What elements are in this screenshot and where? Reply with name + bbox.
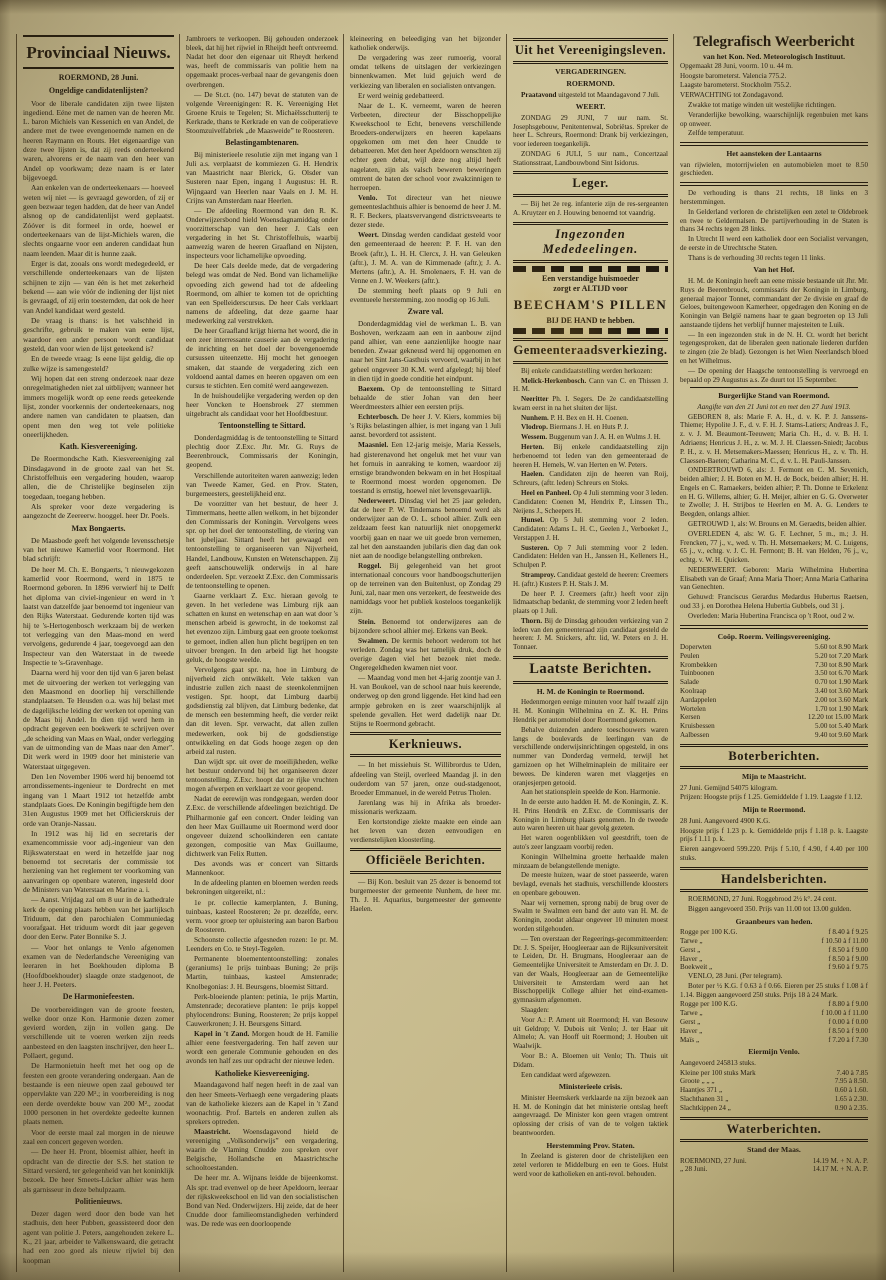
- article-paragraph: — Ten overstaan der Regeerings-gecommitt…: [513, 935, 668, 1005]
- market-cell: Tarwe „: [680, 1009, 703, 1018]
- article-heading: Max Bongaerts.: [23, 524, 174, 534]
- market-row: Kersen12.20 tot 15.00 Mark: [680, 713, 868, 722]
- market-cell: f 8.50 à f 9.00: [828, 1027, 868, 1036]
- article-paragraph: De vergadering was zeer rumoerig, vooral…: [350, 53, 501, 89]
- article-paragraph: Biggen aangevoerd 350. Prijs van 11.00 t…: [680, 905, 868, 914]
- market-row: Aardappelen2.00 tot 3.60 Mark: [680, 696, 868, 705]
- market-cell: f 9.60 à f 9.75: [828, 963, 868, 972]
- lead-word: Venlo.: [358, 193, 377, 202]
- article-paragraph: Aangifte van den 21 Juni tot en met den …: [680, 403, 868, 412]
- paragraph-text: Dinsdag viel het 25 jaar geleden, dat de…: [350, 496, 501, 560]
- market-row: Rogge per 100 K.G.f 8.80 à f 9.00: [680, 1000, 868, 1009]
- lead-word: Roggel.: [358, 561, 381, 570]
- article-paragraph: Haelen. Candidaten zijn de heeren van Ro…: [513, 470, 668, 488]
- market-cell: f 0.00 à f 0.00: [828, 1018, 868, 1027]
- article-paragraph: Aan enkelen van de onderteekenaars — hoe…: [23, 183, 174, 258]
- article-paragraph: Praatavond uitgesteld tot Maandagavond 7…: [513, 91, 668, 100]
- market-row: Rogge per 100 K.G.f 8.40 à f 9.25: [680, 928, 868, 937]
- article-paragraph: 1e pr. collectie kamerplanten, J. Buning…: [186, 898, 338, 934]
- article-paragraph: De verhouding is thans 21 rechts, 18 lin…: [680, 189, 868, 207]
- market-cell: Aardappelen: [680, 696, 716, 705]
- advert-border-ornament: [513, 328, 668, 334]
- article-paragraph: ONDERTROUWD 6, als: J. Fermont en C. M. …: [680, 466, 868, 519]
- section-header: Leger.: [513, 171, 668, 197]
- article-heading: De Harmoniefeesten.: [23, 992, 174, 1002]
- divider-double-rule: [680, 142, 868, 146]
- market-cell: 5.60 tot 8.90 Mark: [815, 643, 868, 652]
- article-heading: H. M. de Koningin te Roermond.: [513, 687, 668, 697]
- article-paragraph: VERWACHTING tot Zondagavond.: [680, 91, 868, 100]
- paragraph-text: P. H. Bex en H. H. Coenen.: [549, 414, 629, 422]
- lead-word: Kapel in 't Zand.: [194, 1029, 249, 1038]
- article-paragraph: In Zeeland is gisteren door de christeli…: [513, 1152, 668, 1178]
- lead-word: Echterbosch.: [358, 412, 399, 421]
- article-heading: Graanbeurs van heden.: [680, 917, 868, 927]
- article-paragraph: Koningin Wilhelmina groette herhaalde ma…: [513, 853, 668, 871]
- lead-word: Vlodrop.: [521, 423, 548, 431]
- divider-double-rule: [680, 182, 868, 186]
- market-cell: 12.20 tot 15.00 Mark: [808, 713, 868, 722]
- article-heading: WEERT.: [513, 102, 668, 112]
- article-paragraph: — In een ingezonden stuk in de N. H. Ct.…: [680, 331, 868, 366]
- market-cell: Rogge per 100 K.G.: [680, 928, 737, 937]
- article-heading: Belastingambtenaren.: [186, 138, 338, 148]
- article-paragraph: Overleden: Maria Hubertina Francisca op …: [680, 612, 868, 621]
- article-paragraph: De heer M. Ch. E. Bongaerts, 't nieuwgek…: [23, 565, 174, 668]
- market-cell: f 10.00 à f 11.00: [821, 1009, 868, 1018]
- article-paragraph: Echterbosch. De heer J. V. Kiers, kommie…: [350, 412, 501, 439]
- paragraph-text: Biermans J. H. en Huts P. J.: [548, 423, 629, 431]
- market-row: Gerst „f 0.00 à f 0.00: [680, 1018, 868, 1027]
- article-paragraph: Als spreker voor deze vergadering is aan…: [23, 502, 174, 521]
- article-heading: Herstemming Prov. Staten.: [513, 1141, 668, 1151]
- article-paragraph: — In het missiehuis St. Willibrordus te …: [350, 760, 501, 796]
- article-paragraph: ZONDAG 29 JUNI, 7 uur nam. St. Josephsge…: [513, 114, 668, 149]
- article-paragraph: Vlodrop. Biermans J. H. en Huts P. J.: [513, 423, 668, 432]
- article-paragraph: Heel en Panheel. Op 4 Juli stemming voor…: [513, 489, 668, 515]
- paragraph-text: Buggenum van J. A. H. en Wulms J. H.: [547, 433, 660, 441]
- article-paragraph: Laagste barometerst. Stockholm 755.2.: [680, 81, 868, 90]
- article-paragraph: 27 Juni. Gemijnd 54075 kilogram.: [680, 784, 868, 793]
- advert-border-ornament: [513, 266, 668, 272]
- market-cell: Haantjes 371 „: [680, 1086, 722, 1095]
- article-paragraph: — Aanst. Vrijdag zal om 8 uur in de kath…: [23, 895, 174, 942]
- market-row: Kleine per 100 stuks Mark7.40 à 7.85: [680, 1069, 868, 1078]
- paragraph-text: uitgesteld tot Maandagavond 7 Juli.: [556, 91, 659, 99]
- article-paragraph: Gaarne verklaart Z. Exc. hieraan gevolg …: [186, 591, 338, 664]
- market-cell: f 10.50 à f 11.00: [821, 937, 868, 946]
- article-paragraph: 28 Juni. Aangevoerd 4900 K.G.: [680, 817, 868, 826]
- article-paragraph: — De St.ct. (no. 147) bevat de statuten …: [186, 90, 338, 136]
- article-paragraph: GEBOREN 8, als: Marie F. A. H., d. v. K.…: [680, 413, 868, 466]
- article-heading: Mijn te Roermond.: [680, 805, 868, 815]
- article-heading: Ongeldige candidatenlijsten?: [23, 86, 174, 96]
- lead-word: Thorn.: [521, 617, 542, 625]
- article-paragraph: Hunsel. Op 5 Juli stemming voor 2 leden.…: [513, 516, 668, 542]
- section-header: Telegrafisch Weerbericht: [680, 34, 868, 51]
- article-paragraph: kleineering en beleediging van het bijzo…: [350, 34, 501, 52]
- article-paragraph: Voor A.: P. Ament uit Roermond; H. van B…: [513, 1016, 668, 1051]
- market-cell: Kersen: [680, 713, 700, 722]
- market-row: Haver „f 8.50 à f 9.00: [680, 1027, 868, 1036]
- article-heading: ROERMOND, 28 Juni.: [23, 73, 174, 83]
- article-paragraph: Swalmen. De kermis behoort wederom tot h…: [350, 636, 501, 672]
- article-paragraph: Behalve duizenden andere toeschouwers wa…: [513, 726, 668, 787]
- article-paragraph: ZONDAG 6 JULI, 5 uur nam., Concertzaal S…: [513, 150, 668, 168]
- market-row: Slachtkippen 24 „0.90 à 2.35.: [680, 1104, 868, 1113]
- market-row: Boekweit „f 9.60 à f 9.75: [680, 963, 868, 972]
- article-paragraph: — De heer H. Pront, bloemist alhier, hee…: [23, 1147, 174, 1194]
- article-paragraph: Naar wij vernemen, sprong nabij de brug …: [513, 899, 668, 934]
- market-cell: f 7.20 à f 7.30: [828, 1036, 868, 1045]
- section-header: Boterberichten.: [680, 744, 868, 770]
- article-paragraph: Nadat de eerewijn was rondgegaan, werden…: [186, 794, 338, 858]
- market-cell: Groote „ „ „: [680, 1077, 714, 1086]
- article-heading: Ministerieele crisis.: [513, 1082, 668, 1092]
- market-cell: 0.60 à 1.60.: [835, 1086, 868, 1095]
- advert-text-line: BIJ DE HAND te hebben.: [513, 316, 668, 326]
- article-paragraph: Jambroers te verkoopen. Bij gehouden ond…: [186, 34, 338, 89]
- lead-word: Baexem.: [358, 384, 385, 393]
- lead-word: Swalmen.: [358, 636, 388, 645]
- article-paragraph: Maastricht. Woensdagavond hield de veree…: [186, 1127, 338, 1173]
- article-paragraph: ROERMOND, 27 Juni. Roggebrood 2½ k°. 24 …: [680, 895, 868, 904]
- article-paragraph: Stein. Benoemd tot onderwijzeres aan de …: [350, 617, 501, 635]
- advert-text-line: zorgt er ALTIJD voor: [513, 284, 668, 294]
- market-cell: f 8.50 à f 9.00: [828, 955, 868, 964]
- article-heading: Mijn te Maastricht.: [680, 772, 868, 782]
- article-heading: Tentoonstelling te Sittard.: [186, 421, 338, 431]
- market-row: Groote „ „ „7.95 à 8.50.: [680, 1077, 868, 1086]
- section-masthead: Provinciaal Nieuws.: [23, 35, 174, 69]
- paragraph-text: Dinsdag werden candidaat gesteld voor de…: [350, 230, 501, 285]
- article-paragraph: De voorzitter van het bestuur, de heer J…: [186, 499, 338, 590]
- article-paragraph: Neeritter Ph. I. Segers. De 2e candidaat…: [513, 395, 668, 413]
- article-paragraph: De voorbereidingen van de groote feesten…: [23, 1005, 174, 1061]
- article-paragraph: De heer Cals deelde mede, dat de vergade…: [186, 261, 338, 325]
- market-cell: 3.50 tot 6.70 Mark: [815, 669, 868, 678]
- market-cell: Boekweit „: [680, 963, 712, 972]
- market-row: Maïs „f 7.20 à f 7.30: [680, 1036, 868, 1045]
- article-heading: Zware val.: [350, 307, 501, 317]
- lead-word: Melick-Herkenbosch.: [521, 377, 586, 385]
- market-cell: 9.40 tot 9.60 Mark: [815, 731, 868, 740]
- article-paragraph: Baexem. Op de tentoonstelling te Sittard…: [350, 384, 501, 411]
- market-cell: f 8.50 à f 9.00: [828, 946, 868, 955]
- lead-word: Maastricht.: [194, 1127, 230, 1136]
- article-paragraph: Permanente bloemententoonstelling: zonal…: [186, 954, 338, 990]
- article-paragraph: Bij ministerieele resolutie zijn met ing…: [186, 150, 338, 205]
- lead-word: Hunsel.: [521, 516, 544, 524]
- market-cell: Koolraap: [680, 687, 706, 696]
- market-cell: ROERMOND, 27 Juni.: [680, 1157, 747, 1166]
- article-heading: Eiermijn Venlo.: [680, 1047, 868, 1057]
- column-provinciaal-nieuws: Provinciaal Nieuws.ROERMOND, 28 Juni.Ong…: [16, 34, 179, 1272]
- lead-word: Susteren.: [521, 544, 549, 552]
- article-paragraph: Schoonste collectie afgesneden rozen: 1e…: [186, 935, 338, 953]
- lead-word: Nunhem.: [521, 414, 549, 422]
- advert-text-line: Een verstandige huismoeder: [513, 274, 668, 284]
- market-cell: 14.17 M. + N. A. P.: [813, 1165, 868, 1174]
- paragraph-text: Bij gelegenheid van het groot internatio…: [350, 561, 501, 616]
- article-paragraph: Venlo. Tot directeur van het nieuwe geme…: [350, 193, 501, 229]
- article-paragraph: Een candidaat werd afgewezen.: [513, 1071, 668, 1080]
- article-paragraph: Maandagavond half negen heeft in de zaal…: [186, 1080, 338, 1126]
- article-paragraph: — Maandag vond men het 4-jarig zoontje v…: [350, 673, 501, 728]
- market-cell: 0.70 tot 1.90 Mark: [815, 678, 868, 687]
- article-paragraph: Erger is dat, zooals ons wordt medegedee…: [23, 259, 174, 315]
- market-cell: Gerst „: [680, 1018, 700, 1027]
- article-paragraph: De vraag is thans: is het valschheid in …: [23, 316, 174, 353]
- article-heading: Het aansteken der Lantaarns: [680, 149, 868, 159]
- article-heading: Stand der Maas.: [680, 1145, 868, 1155]
- article-paragraph: De meeste huizen, waar de stoet passeerd…: [513, 871, 668, 897]
- article-paragraph: Weert. Dinsdag werden candidaat gesteld …: [350, 230, 501, 285]
- article-paragraph: Hoogste barometerst. Valencia 775.2.: [680, 72, 868, 81]
- article-paragraph: Stramproy. Candidaat gesteld de heeren: …: [513, 571, 668, 589]
- article-paragraph: — De opening der Haagsche tentoonstellin…: [680, 367, 868, 385]
- market-row: Tuinboonen3.50 tot 6.70 Mark: [680, 669, 868, 678]
- article-paragraph: VENLO, 28 Juni. (Per telegram).: [680, 972, 868, 981]
- market-cell: Tarwe „: [680, 937, 703, 946]
- article-paragraph: Donderdagmiddag viel de werkman L. B. va…: [350, 319, 501, 383]
- market-cell: Salade: [680, 678, 699, 687]
- lead-word: Weert.: [358, 230, 379, 239]
- article-paragraph: Den 1en November 1906 werd hij benoemd t…: [23, 772, 174, 828]
- article-paragraph: Thorn. Bij de Dinsdag gehouden verkiezin…: [513, 617, 668, 652]
- lead-word: Nederweert.: [358, 496, 396, 505]
- market-cell: f 8.80 à f 9.00: [828, 1000, 868, 1009]
- lead-word: Stein.: [358, 617, 376, 626]
- article-paragraph: De Roermondsche Kath. Kiesvereeniging za…: [23, 454, 174, 501]
- article-heading: VERGADERINGEN.: [513, 67, 668, 77]
- article-paragraph: In de afdeeling planten en bloemen werde…: [186, 878, 338, 896]
- market-cell: 7.95 à 8.50.: [835, 1077, 868, 1086]
- article-paragraph: Opgemaakt 28 Juni, voorm. 10 u. 44 m.: [680, 62, 868, 71]
- advert-product-name: BEECHAM'S PILLEN: [513, 297, 668, 313]
- article-paragraph: Voor B.: A. Bloemen uit Venlo; Th. Thuis…: [513, 1052, 668, 1070]
- article-paragraph: Dezer dagen werd door den bode van het s…: [23, 1209, 174, 1265]
- newspaper-columns: Provinciaal Nieuws.ROERMOND, 28 Juni.Ong…: [0, 0, 886, 1280]
- market-row: Haver „f 8.50 à f 9.00: [680, 955, 868, 964]
- market-row: Krombekken7.30 tot 8.90 Mark: [680, 661, 868, 670]
- divider-double-rule: [680, 625, 868, 629]
- article-paragraph: Nunhem. P. H. Bex en H. H. Coenen.: [513, 414, 668, 423]
- article-paragraph: Nederweert. Dinsdag viel het 25 jaar gel…: [350, 496, 501, 560]
- market-row: Aalbessen9.40 tot 9.60 Mark: [680, 731, 868, 740]
- article-paragraph: Roggel. Bij gelegenheid van het groot in…: [350, 561, 501, 616]
- article-heading: Politienieuws.: [23, 1197, 174, 1207]
- lead-word: Praatavond: [521, 91, 556, 99]
- market-cell: 14.19 M. + N. A. P.: [813, 1157, 868, 1166]
- column-three: kleineering en beleediging van het bijzo…: [343, 34, 506, 1272]
- section-header: Handelsberichten.: [680, 867, 868, 893]
- market-cell: 1.70 tot 1.90 Mark: [815, 705, 868, 714]
- article-paragraph: OVERLEDEN 4, als: W. G. F. Lechner, 5 m.…: [680, 530, 868, 565]
- market-cell: f 8.40 à f 9.25: [828, 928, 868, 937]
- lead-word: Haelen.: [521, 470, 544, 478]
- market-row: ROERMOND, 27 Juni.14.19 M. + N. A. P.: [680, 1157, 868, 1166]
- article-paragraph: Er werd weinig gedebatteerd.: [350, 91, 501, 100]
- section-subheader: van het Kon. Ned. Meteorologisch Institu…: [680, 52, 868, 61]
- section-header: Officiëele Berichten.: [350, 848, 501, 874]
- article-paragraph: Hoogste prijs f 1.23 p. k. Gemiddelde pr…: [680, 827, 868, 845]
- section-header: Laatste Berichten.: [513, 656, 668, 684]
- article-paragraph: — Bij Kon. besluit van 25 dezer is benoe…: [350, 877, 501, 913]
- article-paragraph: Minister Heemskerk verklaarde na zijn be…: [513, 1094, 668, 1138]
- article-paragraph: Naar de L. K. verneemt, waren de heeren …: [350, 101, 501, 192]
- article-paragraph: Prijzen: Hoogste prijs f 1.25. Gemiddeld…: [680, 793, 868, 802]
- article-paragraph: GETROUWD 1, als: W. Brouns en M. Geraedt…: [680, 520, 868, 529]
- article-paragraph: Wij hopen dat een streng onderzoek naar …: [23, 374, 174, 439]
- article-paragraph: Eieren aangevoerd 599.220. Prijs f 5.10,…: [680, 845, 868, 863]
- article-paragraph: Verschillende autoriteiten waren aanwezi…: [186, 471, 338, 498]
- divider-rule: [690, 387, 858, 388]
- article-paragraph: Daarna werd hij voor den tijd van 6 jare…: [23, 668, 174, 771]
- article-paragraph: Des avonds was er concert van Sittards M…: [186, 859, 338, 877]
- article-paragraph: Kapel in 't Zand. Morgen houdt de H. Fam…: [186, 1029, 338, 1065]
- column-vereenigingsleven: Uit het Vereenigingsleven.VERGADERINGEN.…: [506, 34, 673, 1272]
- article-paragraph: Hedenmorgen eenige minuten voor half twa…: [513, 698, 668, 724]
- market-row: Wortelen1.70 tot 1.90 Mark: [680, 705, 868, 714]
- article-paragraph: van rijwielen, motorrijwielen en automob…: [680, 161, 868, 179]
- market-cell: Haver „: [680, 955, 702, 964]
- market-cell: Kruisbessen: [680, 722, 715, 731]
- article-paragraph: De Maasbode geeft het volgende levenssch…: [23, 536, 174, 564]
- market-cell: Aalbessen: [680, 731, 709, 740]
- article-paragraph: Maasniel. Een 12-jarig meisje, Maria Kes…: [350, 440, 501, 495]
- market-row: Doperwten5.60 tot 8.90 Mark: [680, 643, 868, 652]
- lead-word: Maasniel.: [358, 440, 388, 449]
- article-paragraph: In de eerste auto hadden H. M. de Koning…: [513, 798, 668, 833]
- lead-word: Wessem.: [521, 433, 547, 441]
- article-paragraph: En de tweede vraag: Is eene lijst geldig…: [23, 354, 174, 373]
- article-paragraph: De heer mr. A. Wijnans leidde de bijeenk…: [186, 1173, 338, 1228]
- market-cell: Haver „: [680, 1027, 702, 1036]
- article-paragraph: Thans is de verhouding 30 rechts tegen 1…: [680, 254, 868, 263]
- market-row: Slachthanen 31 „1.65 à 2.30.: [680, 1095, 868, 1104]
- market-cell: Gerst „: [680, 946, 700, 955]
- article-paragraph: In Gelderland verloren de christelijken …: [680, 208, 868, 234]
- market-cell: „ 28 Juni.: [680, 1165, 707, 1174]
- market-cell: Doperwten: [680, 643, 712, 652]
- market-row: Tarwe „f 10.00 à f 11.00: [680, 1009, 868, 1018]
- section-header: Gemeenteraadsverkiezing.: [513, 338, 668, 364]
- article-heading: Katholieke Kiesvereeniging.: [186, 1069, 338, 1079]
- section-header: Ingezonden Mededeelingen.: [513, 222, 668, 263]
- article-paragraph: De stemming heeft plaats op 9 Juli en ev…: [350, 286, 501, 304]
- article-paragraph: Perk-bloeiende planten: petinia, 1e prij…: [186, 992, 338, 1028]
- market-cell: 5.20 tot 7.20 Mark: [815, 652, 868, 661]
- market-cell: Rogge per 100 K.G.: [680, 1000, 737, 1009]
- article-heading: Burgerlijke Stand van Roermond.: [680, 391, 868, 401]
- article-paragraph: Het waren oogenblikken vol geestdrift, t…: [513, 834, 668, 852]
- article-paragraph: Gehuwd: Franciscus Gerardus Medardus Hub…: [680, 593, 868, 611]
- lead-word: Stramproy.: [521, 571, 555, 579]
- article-paragraph: Dan wijdt spr. uit over de moeilijkheden…: [186, 757, 338, 793]
- market-cell: 7.30 tot 8.90 Mark: [815, 661, 868, 670]
- article-paragraph: Slaagden:: [513, 1006, 668, 1015]
- market-cell: 5.00 tot 5.40 Mark: [815, 722, 868, 731]
- market-row: Tarwe „f 10.50 à f 11.00: [680, 937, 868, 946]
- article-paragraph: NEDERWEERT. Geboren: Maria Wilhelmina Hu…: [680, 566, 868, 592]
- market-cell: Krombekken: [680, 661, 717, 670]
- article-paragraph: Wessem. Buggenum van J. A. H. en Wulms J…: [513, 433, 668, 442]
- article-heading: Van het Hof.: [680, 265, 868, 275]
- market-cell: 0.90 à 2.35.: [835, 1104, 868, 1113]
- lead-word: Neeritter: [521, 395, 549, 403]
- article-heading: Coöp. Roerm. Veilingsvereeniging.: [680, 632, 868, 642]
- article-heading: ROERMOND.: [513, 79, 668, 89]
- article-paragraph: Voor de liberale candidaten zijn twee li…: [23, 99, 174, 183]
- market-cell: Peulen: [680, 652, 699, 661]
- article-paragraph: — Bij het 2e reg. infanterie zijn de res…: [513, 200, 668, 218]
- article-paragraph: Boter per ½ K.G. f 0.63 à f 0.66. Eieren…: [680, 982, 868, 1000]
- market-cell: 1.65 à 2.30.: [835, 1095, 868, 1104]
- article-paragraph: Jarenlang was hij in Afrika als broeder-…: [350, 798, 501, 816]
- article-heading: Kath. Kiesvereeniging.: [23, 442, 174, 452]
- article-paragraph: De Harmonietuin heeft met het oog op de …: [23, 1061, 174, 1126]
- market-row: Kruisbessen5.00 tot 5.40 Mark: [680, 722, 868, 731]
- article-paragraph: Zelfde temperatuur.: [680, 129, 868, 138]
- paragraph-text: Een 12-jarig meisje, Maria Kessels, had …: [350, 440, 501, 495]
- article-paragraph: Zwakke tot matige winden uit westelijke …: [680, 101, 868, 110]
- market-row: Gerst „f 8.50 à f 9.00: [680, 946, 868, 955]
- market-cell: 3.40 tot 3.60 Mark: [815, 687, 868, 696]
- market-cell: Wortelen: [680, 705, 706, 714]
- market-row: Koolraap3.40 tot 3.60 Mark: [680, 687, 868, 696]
- article-paragraph: Voor de eerste maal zal morgen in de nie…: [23, 1128, 174, 1147]
- market-cell: Tuinboonen: [680, 669, 714, 678]
- article-paragraph: Veranderlijke bewolking, waarschijnlijk …: [680, 111, 868, 129]
- market-cell: 2.00 tot 3.60 Mark: [815, 696, 868, 705]
- article-paragraph: Herten. Bij enkele candidaatstelling zij…: [513, 443, 668, 469]
- column-two: Jambroers te verkoopen. Bij gehouden ond…: [179, 34, 343, 1272]
- market-row: Haantjes 371 „0.60 à 1.60.: [680, 1086, 868, 1095]
- article-paragraph: In de huishoudelijke vergadering werden …: [186, 391, 338, 418]
- column-weerbericht-markten: Telegrafisch Weerberichtvan het Kon. Ned…: [673, 34, 873, 1272]
- article-paragraph: H. M. de Koningin heeft aan eene missie …: [680, 277, 868, 330]
- article-paragraph: De heer P. J. Creemers (aftr.) heeft voo…: [513, 590, 668, 616]
- section-header: Kerknieuws.: [350, 732, 501, 758]
- article-paragraph: Vervolgens gaat spr. na, hoe in Limburg …: [186, 665, 338, 756]
- market-cell: Slachthanen 31 „: [680, 1095, 728, 1104]
- section-header: Uit het Vereenigingsleven.: [513, 38, 668, 64]
- market-cell: Maïs „: [680, 1036, 699, 1045]
- market-cell: Kleine per 100 stuks Mark: [680, 1069, 756, 1078]
- market-cell: Slachtkippen 24 „: [680, 1104, 731, 1113]
- article-paragraph: — De afdeeling Roermond van den R. K. On…: [186, 206, 338, 261]
- article-paragraph: — Voor het onlangs te Venlo afgenomen ex…: [23, 943, 174, 990]
- newspaper-page: Provinciaal Nieuws.ROERMOND, 28 Juni.Ong…: [0, 0, 886, 1280]
- article-paragraph: De heer Graafland krijgt hierna het woor…: [186, 326, 338, 390]
- article-paragraph: In 1912 was hij lid en secretaris der ex…: [23, 829, 174, 894]
- market-row: Peulen5.20 tot 7.20 Mark: [680, 652, 868, 661]
- market-row: Salade0.70 tot 1.90 Mark: [680, 678, 868, 687]
- article-paragraph: In Utrecht II werd een katholiek door ee…: [680, 235, 868, 253]
- lead-word: Heel en Panheel.: [521, 489, 571, 497]
- advert-beechams-pillen: Een verstandige huismoederzorgt er ALTIJ…: [513, 266, 668, 335]
- article-paragraph: Aan het stationsplein speelde de Kon. Ha…: [513, 788, 668, 797]
- market-cell: 7.40 à 7.85: [836, 1069, 868, 1078]
- article-paragraph: Een kortstondige ziekte maakte een einde…: [350, 817, 501, 844]
- article-paragraph: Bij enkele candidaatstelling werden herk…: [513, 367, 668, 376]
- article-paragraph: Susteren. Op 7 Juli stemming voor 2 lede…: [513, 544, 668, 570]
- lead-word: Herten.: [521, 443, 544, 451]
- article-paragraph: Melick-Herkenbosch. Cann van C. en Thiss…: [513, 377, 668, 395]
- article-paragraph: Donderdagmiddag is de tentoonstelling te…: [186, 433, 338, 469]
- article-paragraph: Aangevoerd 245813 stuks.: [680, 1059, 868, 1068]
